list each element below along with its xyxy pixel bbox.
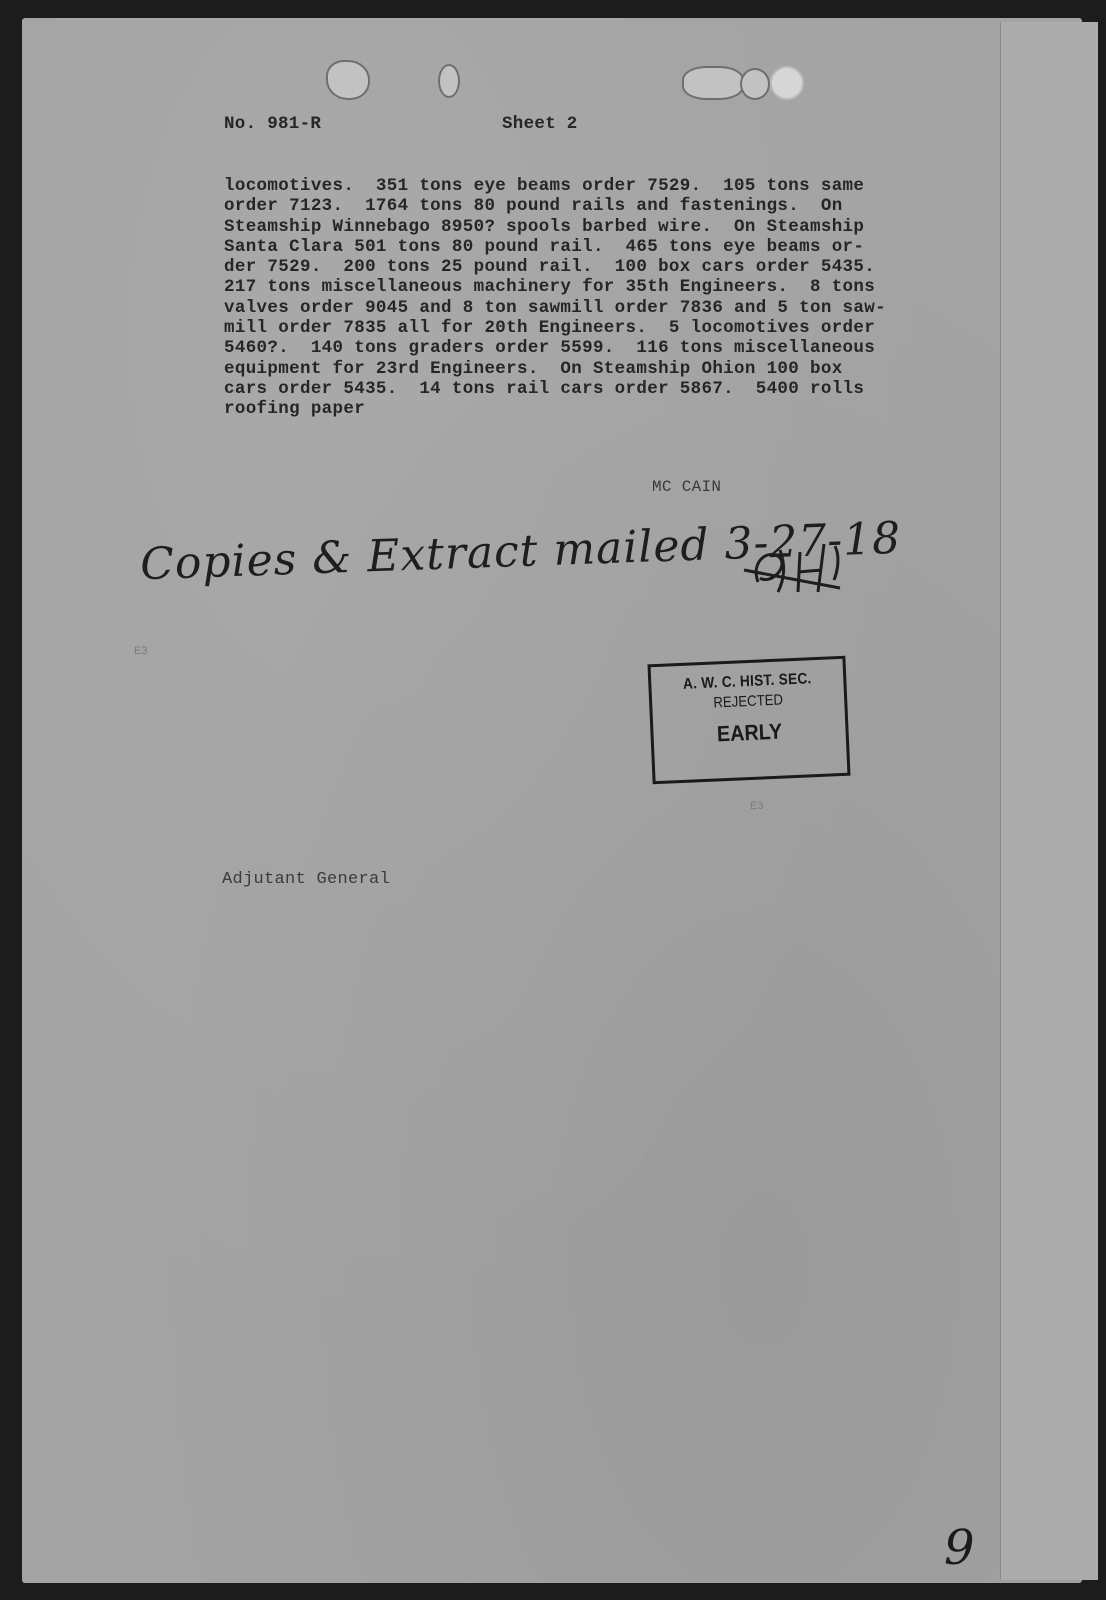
punch-hole-icon — [682, 66, 744, 100]
body-line: der 7529. 200 tons 25 pound rail. 100 bo… — [224, 257, 886, 277]
document-number: No. 981-R — [224, 114, 321, 134]
body-line: equipment for 23rd Engineers. On Steamsh… — [224, 359, 886, 379]
punch-hole-icon — [740, 68, 770, 100]
signature-name: MC CAIN — [652, 478, 721, 496]
body-line: locomotives. 351 tons eye beams order 75… — [224, 176, 886, 196]
punch-hole-icon — [326, 60, 370, 100]
body-line: roofing paper — [224, 399, 886, 419]
page-number: 9 — [944, 1520, 975, 1576]
body-line: valves order 9045 and 8 ton sawmill orde… — [224, 298, 886, 318]
body-line: 217 tons miscellaneous machinery for 35t… — [224, 277, 886, 297]
body-line: order 7123. 1764 tons 80 pound rails and… — [224, 196, 886, 216]
closing-title: Adjutant General — [222, 870, 390, 889]
page-fold-edge — [1000, 22, 1098, 1580]
scan-marker: E3 — [750, 800, 763, 812]
body-line: Santa Clara 501 tons 80 pound rail. 465 … — [224, 237, 886, 257]
body-line: cars order 5435. 14 tons rail cars order… — [224, 379, 886, 399]
handwritten-initials-icon — [740, 530, 850, 600]
scan-marker: E3 — [134, 645, 147, 657]
body-line: mill order 7835 all for 20th Engineers. … — [224, 318, 886, 338]
sheet-number: Sheet 2 — [502, 114, 578, 134]
document-body: locomotives. 351 tons eye beams order 75… — [224, 176, 886, 420]
punch-holes — [0, 58, 1106, 108]
body-line: 5460?. 140 tons graders order 5599. 116 … — [224, 338, 886, 358]
stamp-line-3: EARLY — [663, 716, 837, 750]
punch-hole-icon — [770, 66, 804, 100]
punch-hole-icon — [438, 64, 460, 98]
body-line: Steamship Winnebago 8950? spools barbed … — [224, 217, 886, 237]
rejected-stamp: A. W. C. HIST. SEC. REJECTED EARLY — [647, 656, 850, 785]
